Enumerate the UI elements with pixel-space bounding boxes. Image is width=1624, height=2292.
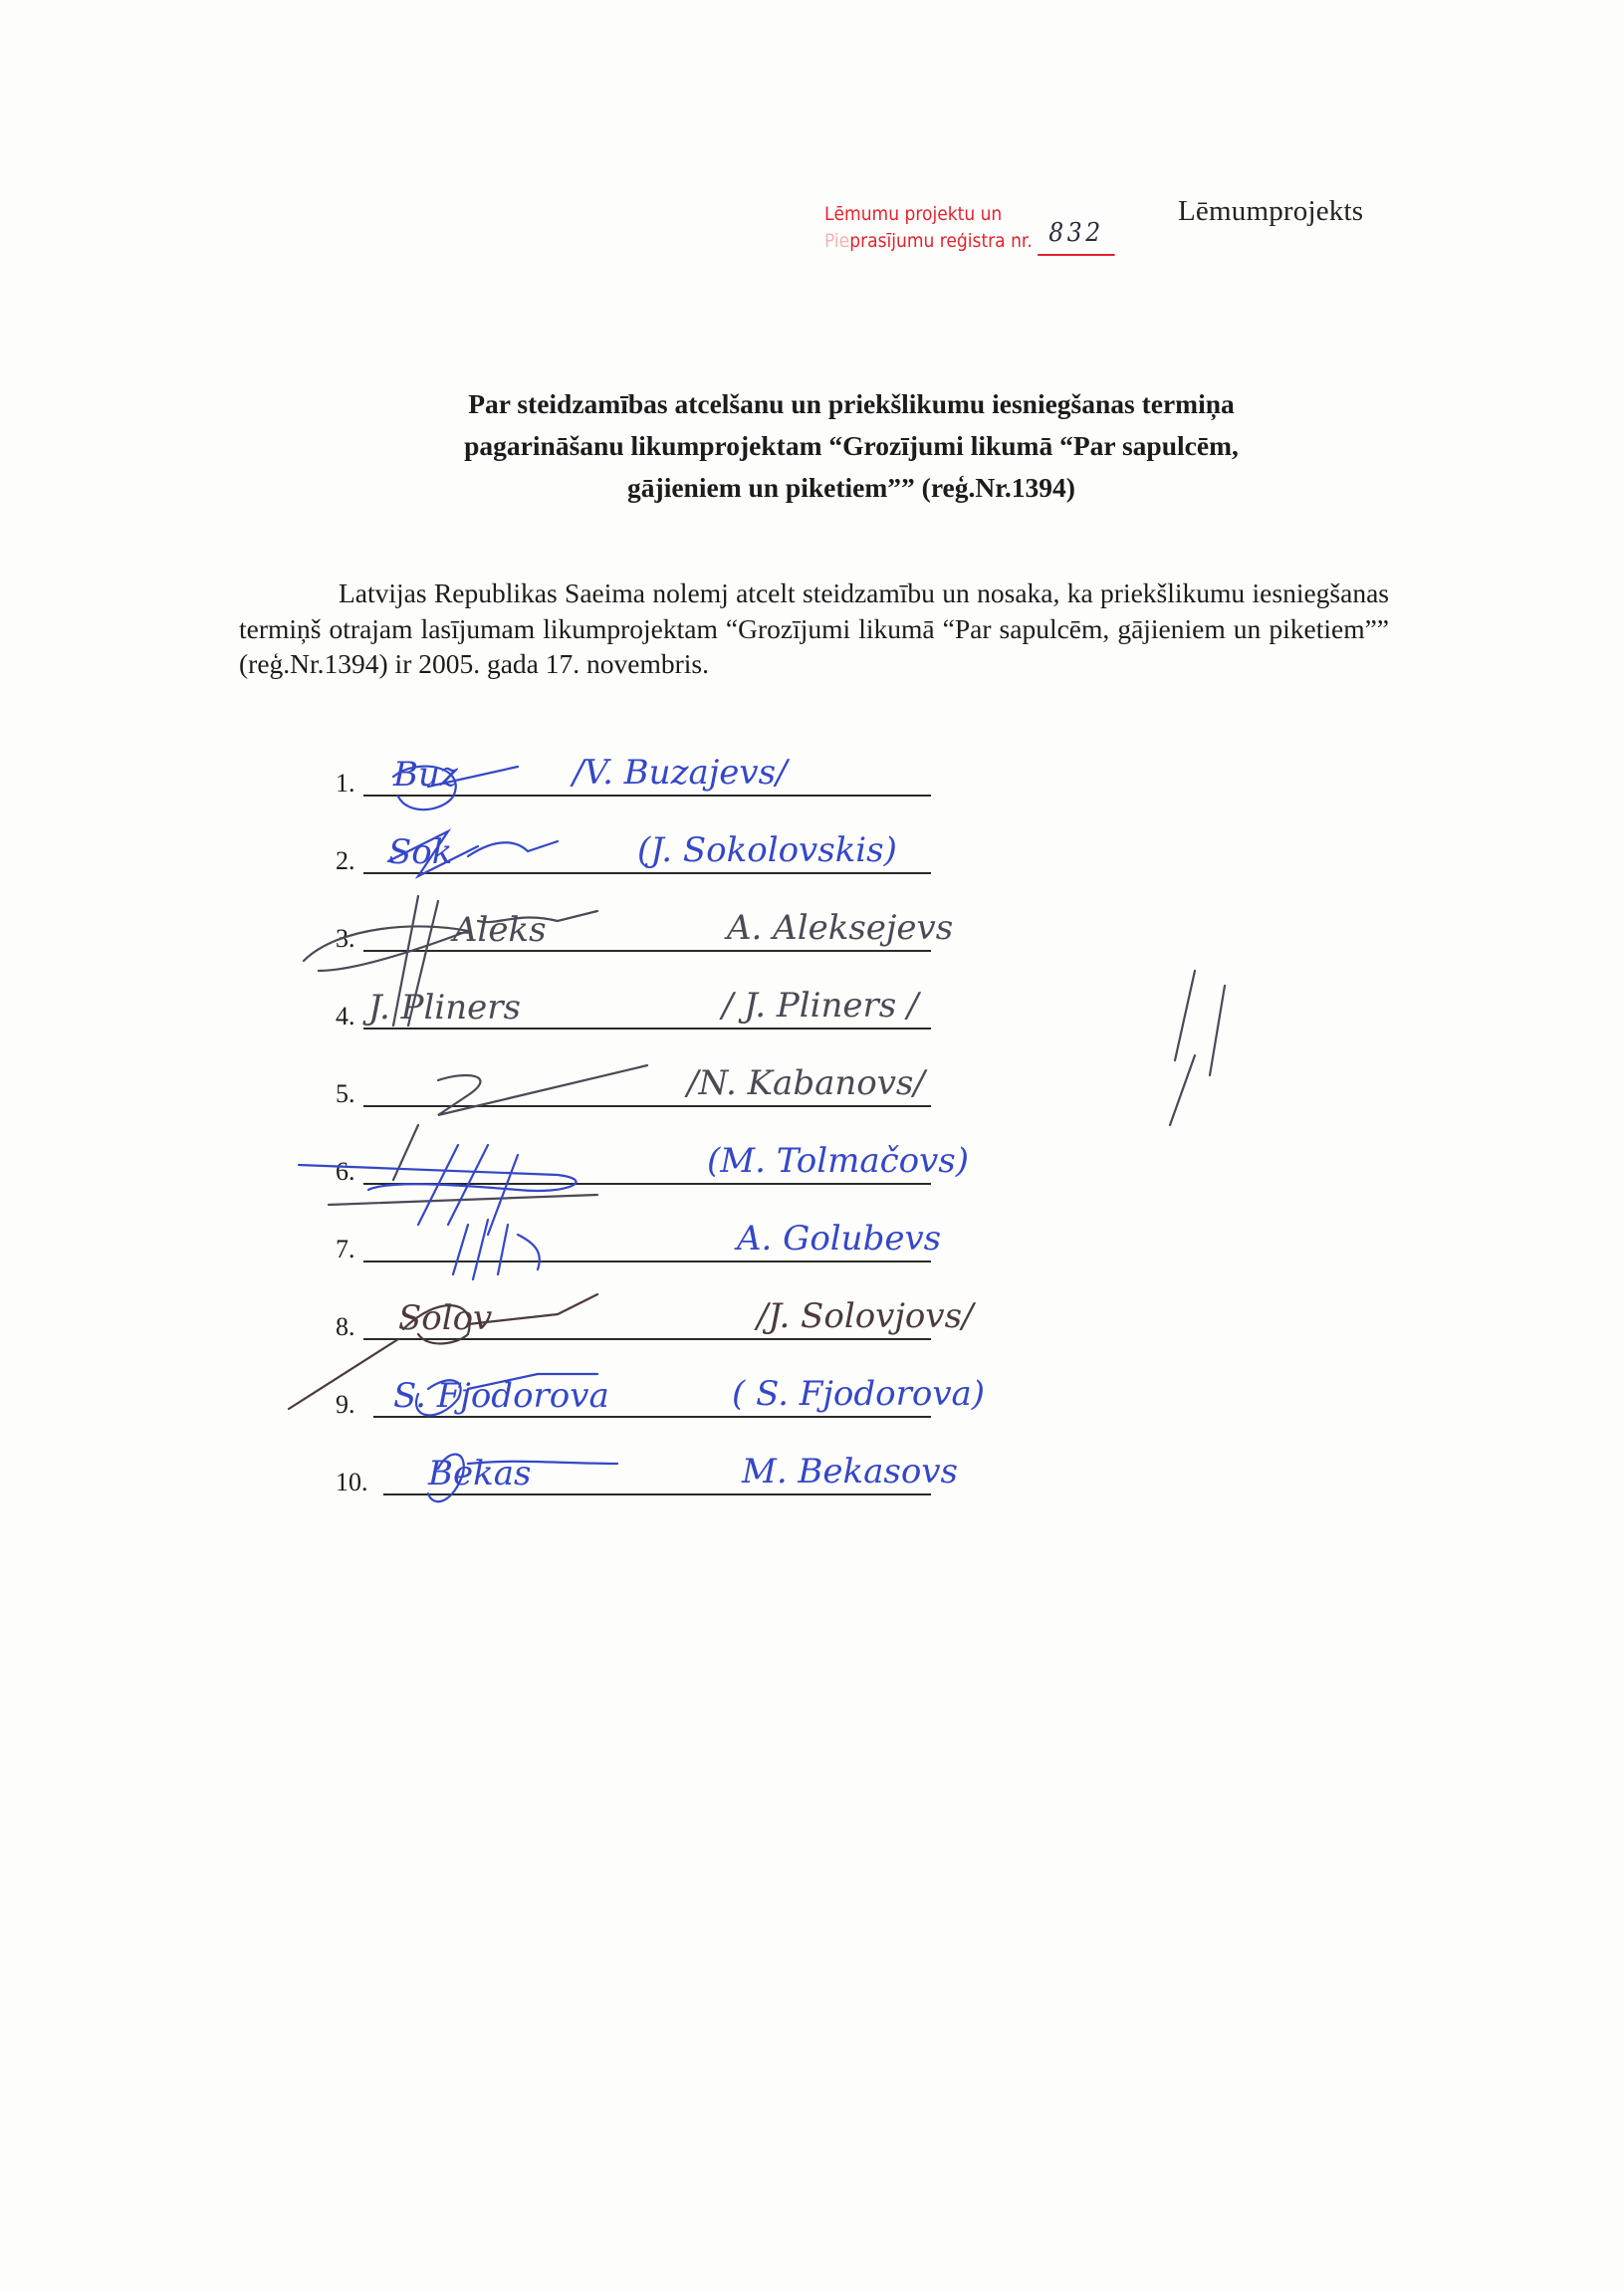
signature-row: 1.Buz/V. Buzajevs/ [336,757,1331,797]
title-line-3: gājieniem un piketiem”” (reģ.Nr.1394) [329,467,1374,509]
signatory-name: ( S. Fjodorova) [732,1374,985,1414]
signatory-name: A. Aleksejevs [727,908,953,948]
handwritten-signature: Sok [388,832,452,872]
signature-number: 3. [336,926,355,952]
signature-number: 9. [336,1392,355,1418]
signature-number: 6. [336,1159,355,1185]
signature-row: 8.Solov/J. Solovjovs/ [336,1300,1331,1340]
signatory-name: /N. Kabanovs/ [687,1063,925,1103]
signature-line [363,1183,931,1185]
signature-number: 10. [336,1470,368,1495]
signature-number: 4. [336,1004,355,1030]
handwritten-signature: S. Fjodorova [393,1376,609,1416]
signatory-name: A. Golubevs [737,1219,941,1259]
signature-line [363,1105,931,1107]
signature-row: 5./N. Kabanovs/ [336,1067,1331,1107]
signature-row: 10.BekasM. Bekasovs [336,1456,1331,1495]
signature-row: 6.(M. Tolmačovs) [336,1145,1331,1185]
signature-line [363,950,931,952]
signatory-name: M. Bekasovs [742,1452,958,1491]
signatory-name: /J. Solovjovs/ [757,1296,974,1336]
signature-row: 7.A. Golubevs [336,1223,1331,1262]
signature-row: 9.S. Fjodorova( S. Fjodorova) [336,1378,1331,1418]
signature-line [363,1261,931,1262]
handwritten-signature: Bekas [428,1454,531,1493]
signatory-name: (M. Tolmačovs) [707,1141,969,1181]
signature-line [383,1493,931,1495]
signature-line [363,795,931,797]
signatory-name: /V. Buzajevs/ [573,753,788,793]
stamp-faded-prefix: Pie [824,230,849,252]
signature-row: 4.J. Pliners/ J. Pliners / [336,990,1331,1030]
signatory-name: / J. Pliners / [722,986,918,1026]
signature-line [363,1338,931,1340]
register-number: 832 [1048,218,1103,248]
signature-number: 2. [336,848,355,874]
signature-number: 7. [336,1237,355,1262]
handwritten-signature: Solov [398,1298,492,1338]
signature-number: 8. [336,1314,355,1340]
signature-number: 5. [336,1081,355,1107]
handwritten-signature: Buz [393,755,458,795]
title-line-1: Par steidzamības atcelšanu un priekšliku… [329,383,1374,425]
register-number-field: 832 [1038,227,1114,256]
stamp-line-2-text: prasījumu reģistra nr. [849,230,1033,252]
signature-row: 3.AleksA. Aleksejevs [336,912,1331,952]
document-type-label: Lēmumprojekts [1178,195,1363,228]
signature-line [363,872,931,874]
register-stamp: Lēmumu projektu un Pieprasījumu reģistra… [824,202,1115,256]
signatory-name: (J. Sokolovskis) [637,830,897,870]
resolution-text: Latvijas Republikas Saeima nolemj atcelt… [239,575,1389,682]
title-line-2: pagarināšanu likumprojektam “Grozījumi l… [329,425,1374,467]
handwritten-signature: J. Pliners [368,988,521,1028]
stamp-line-2: Pieprasījumu reģistra nr. 832 [824,227,1115,256]
signature-number: 1. [336,771,355,797]
document-title: Par steidzamības atcelšanu un priekšliku… [329,383,1374,509]
handwritten-signature: Aleks [453,910,547,950]
signature-line [363,1028,931,1030]
signature-row: 2.Sok(J. Sokolovskis) [336,834,1331,874]
signature-line [373,1416,931,1418]
resolution-paragraph: Latvijas Republikas Saeima nolemj atcelt… [239,575,1389,682]
